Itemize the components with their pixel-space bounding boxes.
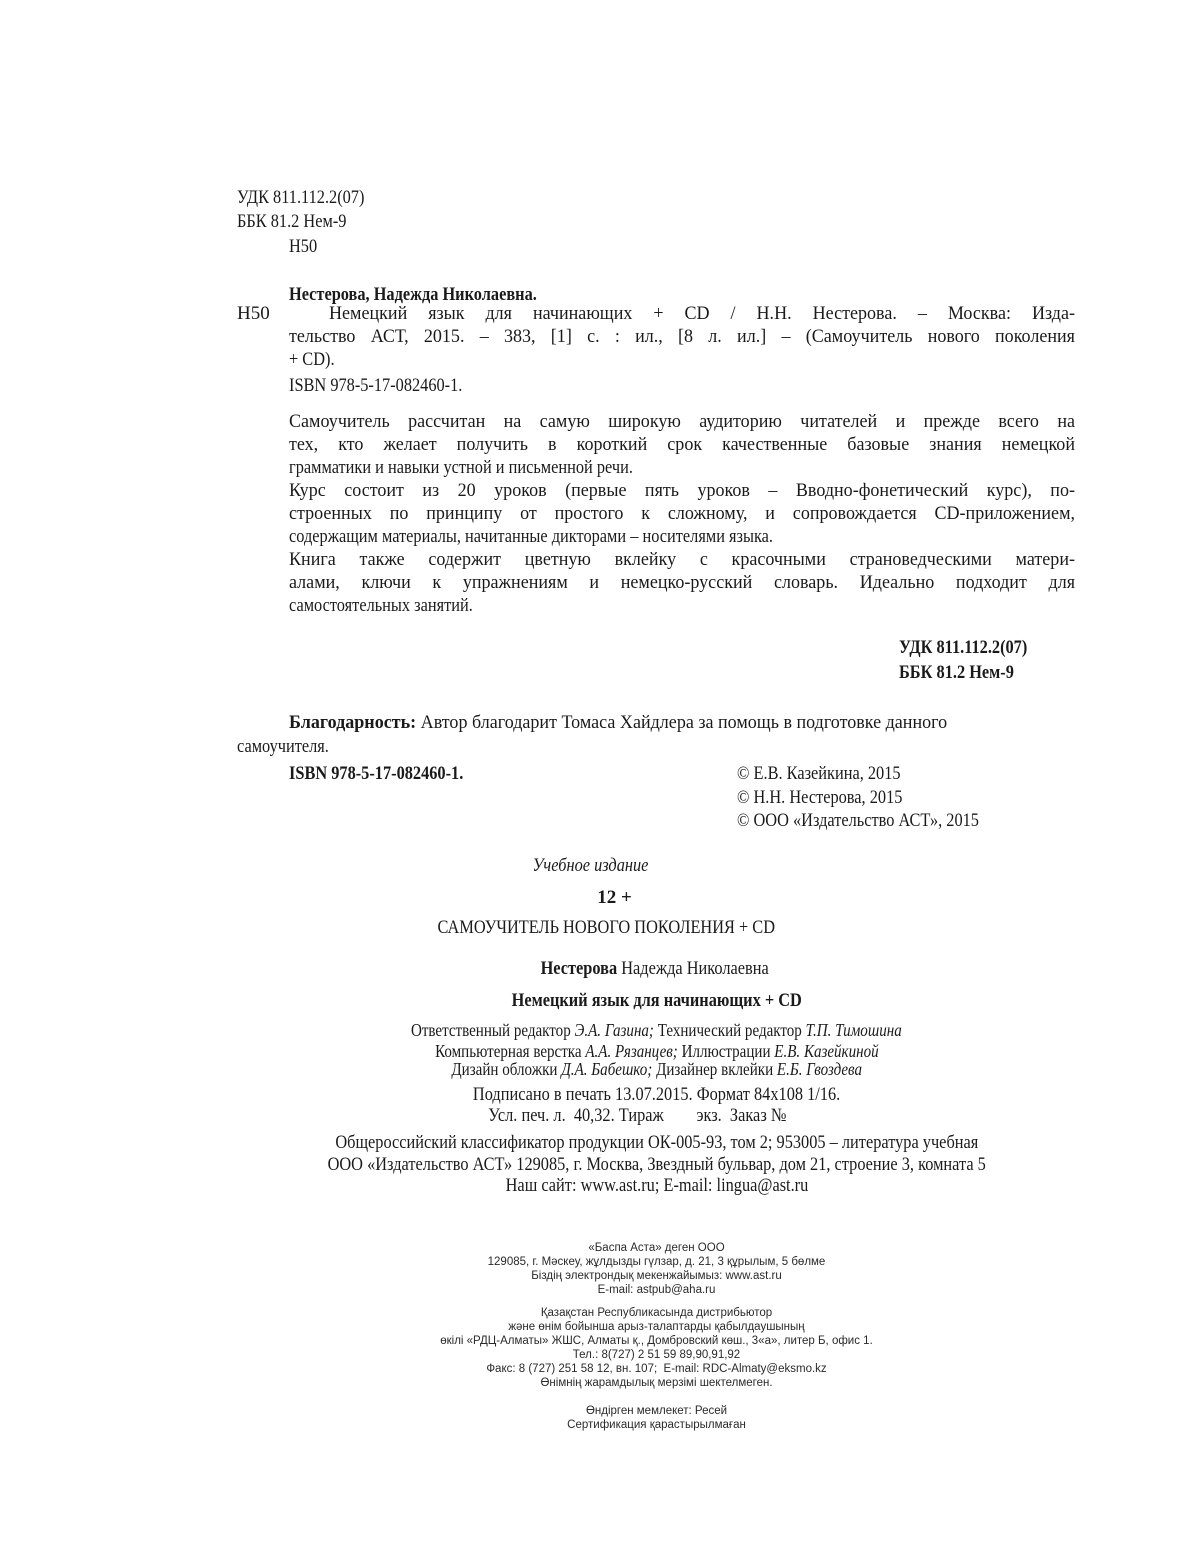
- annotation-line: содержащим материалы, начитанные диктора…: [289, 525, 1075, 548]
- print-signed-text: Подписано в печать 13.07.2015. Формат 84…: [473, 1083, 840, 1106]
- credits-line: Ответственный редактор Э.А. Газина; Техн…: [60, 1020, 1193, 1041]
- bbk-label: ББК: [237, 211, 267, 232]
- credit-role: Ответственный редактор: [411, 1020, 575, 1040]
- copyright-2: © Н.Н. Нестерова, 2015: [737, 786, 902, 809]
- kazakh-distributor-line: Өнімнің жарамдылық мерзімі шектелмеген.: [60, 1376, 1193, 1390]
- credits-line: Дизайн обложки Д.А. Бабешко; Дизайнер вк…: [60, 1059, 1193, 1080]
- credit-role: Технический редактор: [654, 1020, 806, 1040]
- kazakh-distributor-line: Тел.: 8(727) 2 51 59 89,90,91,92: [60, 1348, 1193, 1362]
- classifier: Общероссийский классификатор продукции О…: [60, 1131, 1193, 1154]
- age-rating: 12 +: [18, 886, 1193, 909]
- copyright-1: © Е.В. Казейкина, 2015: [737, 762, 901, 785]
- kazakh-distributor-line: Қазақстан Республикасында дистрибьютор: [60, 1306, 1193, 1320]
- author-surname: Нестерова: [540, 958, 617, 979]
- kazakh-publisher-line: Біздің электрондық мекенжайымыз: www.ast…: [60, 1269, 1193, 1283]
- credit-role: Компьютерная верстка: [435, 1041, 585, 1061]
- isbn-bold: ISBN 978-5-17-082460-1.: [289, 762, 463, 785]
- acknowledgement-label: Благодарность:: [289, 712, 416, 733]
- publisher-address-text: ООО «Издательство АСТ» 129085, г. Москва…: [327, 1153, 985, 1176]
- annotation-line: грамматики и навыки устной и письменной …: [289, 456, 1075, 479]
- annotation-line: Курс состоит из 20 уроков (первые пять у…: [289, 479, 1075, 502]
- publisher-contacts-text: Наш сайт: www.ast.ru; E-mail: lingua@ast…: [505, 1174, 808, 1197]
- kazakh-publisher-line: E-mail: astpub@aha.ru: [60, 1283, 1193, 1297]
- credit-person: Е.Б. Гвоздева: [777, 1059, 862, 1079]
- author-mark-record: Н50: [237, 302, 270, 325]
- kazakh-origin-line: Өндірген мемлекет: Ресей: [60, 1404, 1193, 1418]
- acknowledgement-line1: Благодарность: Автор благодарит Томаса Х…: [289, 711, 1075, 734]
- annotation-line: строенных по принципу от простого к слож…: [289, 502, 1075, 525]
- bbk-line: ББК 81.2 Нем-9: [237, 210, 346, 233]
- credit-role: Иллюстрации: [677, 1041, 773, 1061]
- annotation-line: тех, кто желает получить в короткий срок…: [289, 433, 1075, 456]
- kazakh-distributor-line: Факс: 8 (727) 251 58 12, вн. 107; E-mail…: [60, 1362, 1193, 1376]
- kazakh-origin-line: Сертификация қарастырылмаған: [60, 1418, 1193, 1432]
- credit-person: Д.А. Бабешко;: [561, 1059, 652, 1079]
- imprint-title-text: Немецкий язык для начинающих + CD: [511, 989, 801, 1012]
- series-title-text: САМОУЧИТЕЛЬ НОВОГО ПОКОЛЕНИЯ + CD: [438, 916, 776, 939]
- publisher-address: ООО «Издательство АСТ» 129085, г. Москва…: [60, 1153, 1193, 1176]
- imprint-author: Нестерова Надежда Николаевна: [58, 957, 1193, 980]
- kazakh-distributor-line: өкілі «РДЦ-Алматы» ЖШС, Алматы қ., Домбр…: [60, 1334, 1193, 1348]
- annotation-line: алами, ключи к упражнениям и немецко-рус…: [289, 571, 1075, 594]
- kazakh-distributor-block: Қазақстан Республикасында дистрибьюторжә…: [60, 1306, 1193, 1390]
- classification-bbk: ББК 81.2 Нем-9: [899, 661, 1014, 684]
- record-description-line: Немецкий язык для начинающих + CD / Н.Н.…: [289, 302, 1075, 325]
- print-sheets-text: Усл. печ. л. 40,32. Тираж экз. Заказ №: [488, 1104, 786, 1127]
- record-description-line: тельство АСТ, 2015. – 383, [1] с. : ил.,…: [289, 325, 1075, 348]
- credit-person: А.А. Рязанцев;: [585, 1041, 677, 1061]
- author-mark-top: Н50: [289, 235, 317, 258]
- credit-role: Дизайн обложки: [451, 1059, 561, 1079]
- author-name: Надежда Николаевна: [617, 958, 769, 979]
- credit-role: Дизайнер вклейки: [652, 1059, 777, 1079]
- acknowledgement-line2: самоучителя.: [237, 735, 329, 758]
- acknowledgement-text: Автор благодарит Томаса Хайдлера за помо…: [416, 712, 947, 733]
- credit-person: Т.П. Тимошина: [806, 1020, 902, 1040]
- kazakh-publisher-line: 129085, г. Мәскеу, жұлдызды гүлзар, д. 2…: [60, 1255, 1193, 1269]
- record-isbn: ISBN 978-5-17-082460-1.: [289, 374, 462, 397]
- annotation-line: самостоятельных занятий.: [289, 594, 1075, 617]
- credit-person: Е.В. Казейкиной: [774, 1041, 878, 1061]
- edition-type: Учебное издание: [0, 854, 1187, 877]
- classification-udk: УДК 811.112.2(07): [899, 636, 1027, 659]
- kazakh-publisher-block: «Баспа Аста» деген ООО129085, г. Мәскеу,…: [60, 1241, 1193, 1297]
- series-title: САМОУЧИТЕЛЬ НОВОГО ПОКОЛЕНИЯ + CD: [10, 916, 1193, 939]
- record-description-line: + CD).: [289, 348, 1075, 371]
- imprint-title: Немецкий язык для начинающих + CD: [60, 989, 1193, 1012]
- publisher-contacts: Наш сайт: www.ast.ru; E-mail: lingua@ast…: [60, 1174, 1193, 1197]
- annotation-line: Книга также содержит цветную вклейку с к…: [289, 548, 1075, 571]
- annotation-line: Самоучитель рассчитан на самую широкую а…: [289, 410, 1075, 433]
- kazakh-origin-block: Өндірген мемлекет: РесейСертификация қар…: [60, 1404, 1193, 1432]
- copyright-3: © ООО «Издательство АСТ», 2015: [737, 809, 979, 832]
- classifier-text: Общероссийский классификатор продукции О…: [335, 1131, 978, 1154]
- bbk-value: 81.2 Нем-9: [271, 211, 347, 232]
- kazakh-publisher-line: «Баспа Аста» деген ООО: [60, 1241, 1193, 1255]
- udk-line: УДК 811.112.2(07): [237, 186, 364, 209]
- print-signed: Подписано в печать 13.07.2015. Формат 84…: [60, 1083, 1193, 1106]
- udk-label: УДК: [237, 187, 269, 208]
- udk-value: 811.112.2(07): [273, 187, 364, 208]
- kazakh-distributor-line: және өнім бойынша арыз-талаптарды қабылд…: [60, 1320, 1193, 1334]
- credit-person: Э.А. Газина;: [575, 1020, 654, 1040]
- print-sheets: Усл. печ. л. 40,32. Тираж экз. Заказ №: [41, 1104, 1193, 1127]
- edition-type-text: Учебное издание: [533, 854, 649, 877]
